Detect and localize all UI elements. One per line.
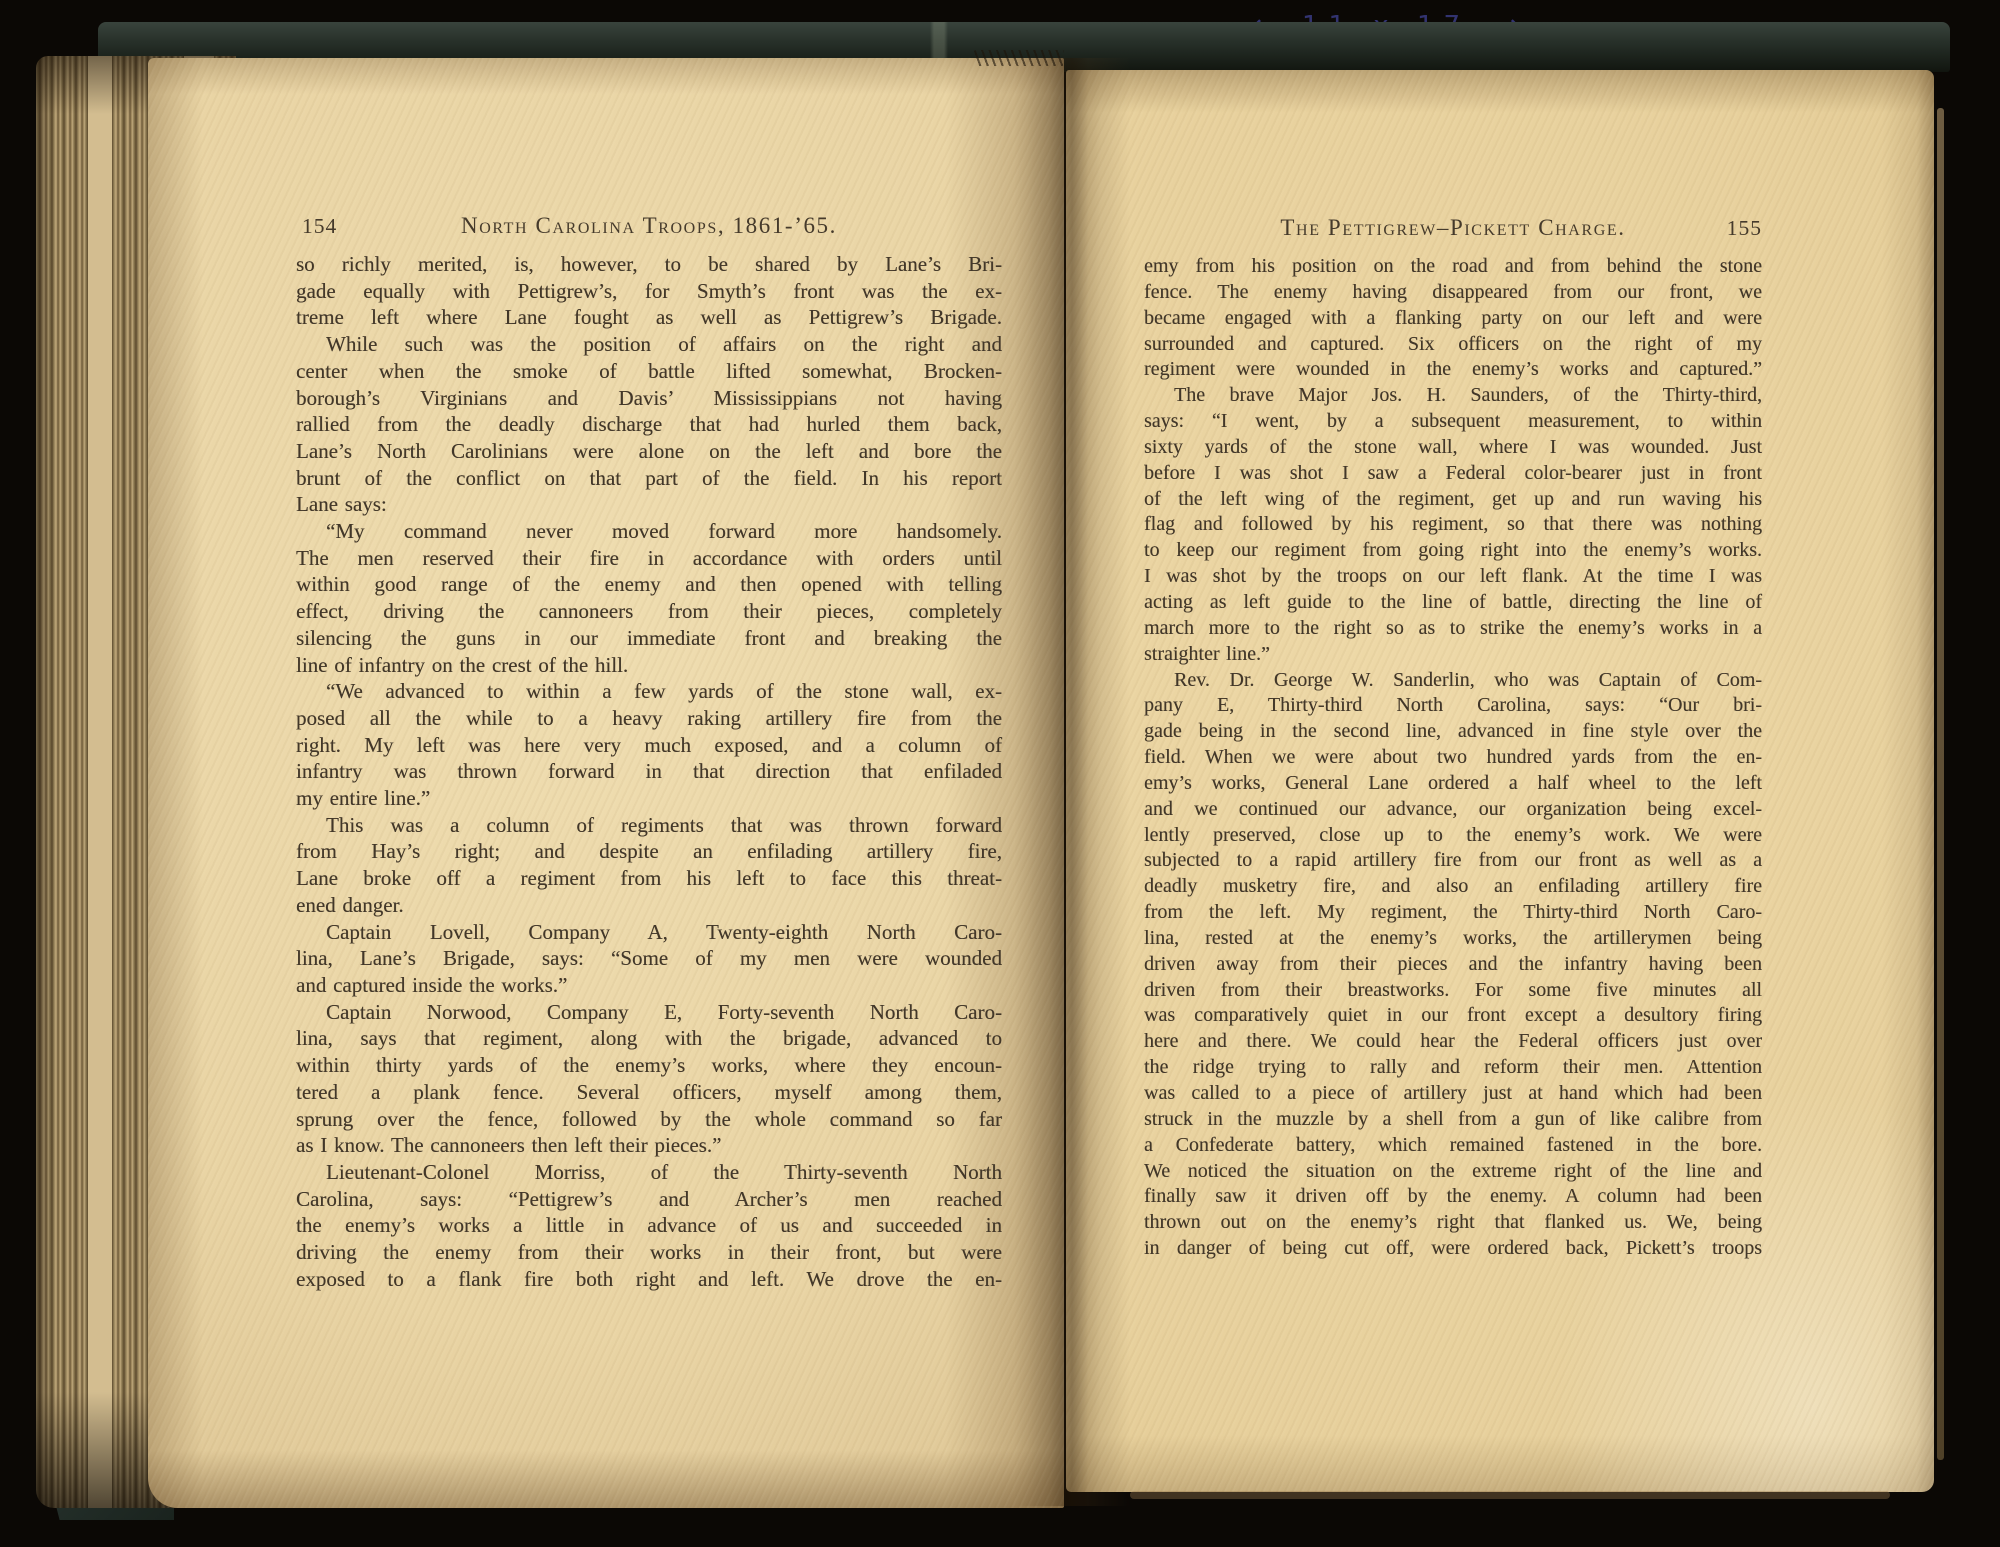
text-line: the enemy’s works a little in advance of…: [296, 1212, 1002, 1239]
text-line: a Confederate battery, which remained fa…: [1144, 1133, 1762, 1159]
text-line: my entire line.”: [296, 785, 1002, 812]
text-line: as I know. The cannoneers then left thei…: [296, 1132, 1002, 1159]
text-line: We noticed the situation on the extreme …: [1144, 1159, 1762, 1185]
text-line: became engaged with a flanking party on …: [1144, 306, 1762, 332]
text-line: Lieutenant-Colonel Morriss, of the Thirt…: [296, 1159, 1002, 1186]
text-line: so richly merited, is, however, to be sh…: [296, 251, 1002, 278]
text-line: Captain Lovell, Company A, Twenty-eighth…: [296, 919, 1002, 946]
text-line: tered a plank fence. Several officers, m…: [296, 1079, 1002, 1106]
left-page-text: so richly merited, is, however, to be sh…: [296, 251, 1002, 1292]
text-line: exposed to a flank fire both right and l…: [296, 1266, 1002, 1293]
text-line: right. My left was here very much expose…: [296, 732, 1002, 759]
text-line: straighter line.”: [1144, 642, 1762, 668]
text-line: thrown out on the enemy’s right that fla…: [1144, 1210, 1762, 1236]
text-line: deadly musketry fire, and also an enfila…: [1144, 874, 1762, 900]
right-page-bottom-edge: [1130, 1491, 1890, 1499]
binding-stitches: [974, 50, 1064, 66]
text-line: The men reserved their fire in accordanc…: [296, 545, 1002, 572]
left-running-header: 154 North Carolina Troops, 1861-’65.: [296, 213, 1002, 245]
right-page-under-edge: [1937, 108, 1944, 1460]
text-line: lently preserved, close up to the enemy’…: [1144, 823, 1762, 849]
right-page-number: 155: [1727, 216, 1762, 241]
text-line: silencing the guns in our immediate fron…: [296, 625, 1002, 652]
text-line: and captured inside the works.”: [296, 972, 1002, 999]
text-line: line of infantry on the crest of the hil…: [296, 652, 1002, 679]
text-line: gade equally with Pettigrew’s, for Smyth…: [296, 278, 1002, 305]
text-line: from Hay’s right; and despite an enfilad…: [296, 838, 1002, 865]
text-line: lina, Lane’s Brigade, says: “Some of my …: [296, 945, 1002, 972]
text-line: emy from his position on the road and fr…: [1144, 254, 1762, 280]
text-line: center when the smoke of battle lifted s…: [296, 358, 1002, 385]
text-line: from the left. My regiment, the Thirty-t…: [1144, 900, 1762, 926]
text-line: surrounded and captured. Six officers on…: [1144, 332, 1762, 358]
text-line: I was shot by the troops on our left fla…: [1144, 564, 1762, 590]
right-running-header: The Pettigrew–Pickett Charge. 155: [1144, 215, 1762, 247]
text-line: march more to the right so as to strike …: [1144, 616, 1762, 642]
text-line: lina, rested at the enemy’s works, the a…: [1144, 926, 1762, 952]
text-line: ened danger.: [296, 892, 1002, 919]
text-line: regiment were wounded in the enemy’s wor…: [1144, 357, 1762, 383]
text-line: gade being in the second line, advanced …: [1144, 719, 1762, 745]
text-line: fence. The enemy having disappeared from…: [1144, 280, 1762, 306]
text-line: within thirty yards of the enemy’s works…: [296, 1052, 1002, 1079]
text-line: posed all the while to a heavy raking ar…: [296, 705, 1002, 732]
text-line: The brave Major Jos. H. Saunders, of the…: [1144, 383, 1762, 409]
text-line: pany E, Thirty-third North Carolina, say…: [1144, 693, 1762, 719]
text-line: sprung over the fence, followed by the w…: [296, 1106, 1002, 1133]
text-line: While such was the position of affairs o…: [296, 331, 1002, 358]
text-line: acting as left guide to the line of batt…: [1144, 590, 1762, 616]
text-line: Lane’s North Carolinians were alone on t…: [296, 438, 1002, 465]
text-line: was called to a piece of artillery just …: [1144, 1081, 1762, 1107]
text-line: was comparatively quiet in our front exc…: [1144, 1003, 1762, 1029]
text-line: infantry was thrown forward in that dire…: [296, 758, 1002, 785]
text-line: says: “I went, by a subsequent measureme…: [1144, 409, 1762, 435]
book-scan-photo: ← 11 x 17 → 154 North Carolina Troops, 1…: [0, 0, 2000, 1547]
right-page-text: emy from his position on the road and fr…: [1144, 254, 1762, 1262]
text-line: Lane broke off a regiment from his left …: [296, 865, 1002, 892]
text-line: in danger of being cut off, were ordered…: [1144, 1236, 1762, 1262]
gutter-shadow: [1014, 58, 1130, 1506]
text-line: before I was shot I saw a Federal color-…: [1144, 461, 1762, 487]
text-line: rallied from the deadly discharge that h…: [296, 411, 1002, 438]
text-line: finally saw it driven off by the enemy. …: [1144, 1184, 1762, 1210]
text-line: lina, says that regiment, along with the…: [296, 1025, 1002, 1052]
text-line: of the left wing of the regiment, get up…: [1144, 487, 1762, 513]
text-line: Lane says:: [296, 491, 1002, 518]
text-line: “We advanced to within a few yards of th…: [296, 678, 1002, 705]
text-line: driven away from their pieces and the in…: [1144, 952, 1762, 978]
text-line: treme left where Lane fought as well as …: [296, 304, 1002, 331]
text-line: Rev. Dr. George W. Sanderlin, who was Ca…: [1144, 668, 1762, 694]
text-line: emy’s works, General Lane ordered a half…: [1144, 771, 1762, 797]
text-line: the ridge trying to rally and reform the…: [1144, 1055, 1762, 1081]
text-line: This was a column of regiments that was …: [296, 812, 1002, 839]
text-line: and we continued our advance, our organi…: [1144, 797, 1762, 823]
text-line: subjected to a rapid artillery fire from…: [1144, 848, 1762, 874]
text-line: sixty yards of the stone wall, where I w…: [1144, 435, 1762, 461]
text-line: within good range of the enemy and then …: [296, 571, 1002, 598]
text-line: effect, driving the cannoneers from thei…: [296, 598, 1002, 625]
text-line: struck in the muzzle by a shell from a g…: [1144, 1107, 1762, 1133]
text-line: “My command never moved forward more han…: [296, 518, 1002, 545]
text-line: driven from their breastworks. For some …: [1144, 978, 1762, 1004]
left-page-number: 154: [302, 214, 337, 239]
right-header-title: The Pettigrew–Pickett Charge.: [1144, 215, 1762, 241]
text-line: here and there. We could hear the Federa…: [1144, 1029, 1762, 1055]
left-header-title: North Carolina Troops, 1861-’65.: [296, 213, 1002, 239]
text-line: driving the enemy from their works in th…: [296, 1239, 1002, 1266]
text-line: field. When we were about two hundred ya…: [1144, 745, 1762, 771]
text-line: Captain Norwood, Company E, Forty-sevent…: [296, 999, 1002, 1026]
text-line: Carolina, says: “Pettigrew’s and Archer’…: [296, 1186, 1002, 1213]
text-line: to keep our regiment from going right in…: [1144, 538, 1762, 564]
text-line: brunt of the conflict on that part of th…: [296, 465, 1002, 492]
text-line: flag and followed by his regiment, so th…: [1144, 512, 1762, 538]
text-line: borough’s Virginians and Davis’ Mississi…: [296, 385, 1002, 412]
